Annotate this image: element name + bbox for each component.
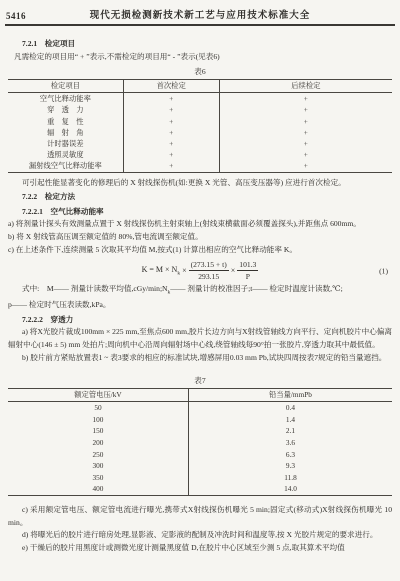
formula-air-kerma: K = M × Nk × (273.15 + t) 293.15 × 101.3… [8,260,392,281]
table6-subsequent: + [219,149,392,160]
penetration-item-c: c) 采用额定管电压、额定管电流进行曝光,携带式X射线探伤机曝光 5 min;固… [8,504,392,529]
table7-pb: 6.3 [188,449,392,461]
penetration-item-a: a) 将X光胶片裁成100mm × 225 mm,至焦点600 mm,胶片长边方… [8,326,392,351]
fraction-denominator: 293.15 [189,271,229,281]
table7: 额定管电压/kV 铅当量/mmPb 500.4 1001.4 1502.1 20… [8,388,392,496]
table7-kv: 200 [8,437,188,449]
table6-first: + [123,160,219,172]
table6-first: + [123,149,219,160]
table7-header-row: 额定管电压/kV 铅当量/mmPb [8,389,392,402]
formula-where-line2: p—— 检定时气压表读数,kPa。 [8,299,392,312]
table7-kv: 150 [8,425,188,437]
section-7-2-2-1-heading: 7.2.2.1 空气比释动能率 [22,206,392,219]
table6-col-first: 首次检定 [123,80,219,93]
table6-col-subsequent: 后续检定 [219,80,392,93]
table7-row: 2003.6 [8,437,392,449]
table6-item: 重 复 性 [8,116,123,127]
formula-subscript: k [177,270,180,276]
table6-first: + [123,138,219,149]
table6-col-item: 检定项目 [8,80,123,93]
table6-subsequent: + [219,104,392,115]
table6-row: 计时器误差++ [8,138,392,149]
formula-times-2: × [231,266,236,275]
formula-body: K = M × Nk × (273.15 + t) 293.15 × 101.3… [142,260,259,281]
table6: 检定项目 首次检定 后续检定 空气比释动能率++ 穿 透 力++ 重 复 性++… [8,79,392,172]
table6-item: 辐 射 角 [8,127,123,138]
table6-first: + [123,127,219,138]
table6-row: 空气比释动能率++ [8,93,392,105]
table7-col-voltage: 额定管电压/kV [8,389,188,402]
table7-row: 500.4 [8,402,392,414]
formula-times-1: × [182,266,187,275]
table6-item: 透照灵敏度 [8,149,123,160]
penetration-item-e: e) 干燥后的胶片用黑度计或测微光度计测量黑度值 D,在胶片中心区域至少测 5 … [8,542,392,555]
table7-row: 1001.4 [8,414,392,426]
table6-header-row: 检定项目 首次检定 后续检定 [8,80,392,93]
table7-row: 40014.0 [8,483,392,495]
spacer [8,496,392,504]
formula-prefix: K = M × Nk [142,265,180,277]
fraction-numerator: (273.15 + t) [189,260,229,271]
table7-pb: 14.0 [188,483,392,495]
table6-row: 辐 射 角++ [8,127,392,138]
table7-kv: 50 [8,402,188,414]
book-page: 5416 现代无损检测新技术新工艺与应用技术标准大全 7.2.1 检定项目 凡需… [0,0,400,581]
table7-pb: 1.4 [188,414,392,426]
table6-first: + [123,116,219,127]
table7-pb: 2.1 [188,425,392,437]
formula-fraction-temperature: (273.15 + t) 293.15 [189,260,229,281]
table6-subsequent: + [219,160,392,172]
page-header: 5416 现代无损检测新技术新工艺与应用技术标准大全 [0,0,400,24]
table7-kv: 400 [8,483,188,495]
table6-subsequent: + [219,138,392,149]
table7-row: 2506.3 [8,449,392,461]
table6-item: 计时器误差 [8,138,123,149]
table7-pb: 0.4 [188,402,392,414]
table6-first: + [123,104,219,115]
penetration-item-d: d) 将曝光后的胶片进行暗房处理,显影液、定影液的配制及冲洗时间和温度等,按 X… [8,529,392,542]
formula-where-line1: 式中: M—— 剂量计读数平均值,cGy/min;Nk—— 剂量计的校准因子;t… [8,283,392,299]
table6-first: + [123,93,219,105]
penetration-item-b: b) 胶片前方紧贴放置表1 ~ 表3要求的相应的标准试块,增感屏用0.03 mm… [8,352,392,365]
table6-caption: 表6 [8,66,392,77]
kerma-item-c: c) 在上述条件下,连续测量 5 次取其平均值 M,按式(1) 计算出相应的空气… [8,244,392,257]
table7-row: 3009.3 [8,460,392,472]
table7-pb: 3.6 [188,437,392,449]
section-7-2-2-2-heading: 7.2.2.2 穿透力 [22,314,392,327]
equation-number: (1) [379,266,388,275]
table6-subsequent: + [219,127,392,138]
table6-subsequent: + [219,116,392,127]
table7-caption: 表7 [8,375,392,386]
table7-row: 1502.1 [8,425,392,437]
book-title: 现代无损检测新技术新工艺与应用技术标准大全 [66,7,334,21]
kerma-item-b: b) 将 X 射线管高压调至额定值的 80%,管电流调至额定值。 [8,231,392,244]
table7-col-lead: 铅当量/mmPb [188,389,392,402]
table7-kv: 300 [8,460,188,472]
page-number: 5416 [6,11,66,21]
table6-row: 透照灵敏度++ [8,149,392,160]
table6-row: 漏射线空气比释动能率++ [8,160,392,172]
table7-kv: 250 [8,449,188,461]
table6-subsequent: + [219,93,392,105]
table6-row: 穿 透 力++ [8,104,392,115]
section-7-2-1-intro: 凡需检定的项目用“ + ”表示,不需检定的项目用“ - ”表示(见表6) [14,51,392,64]
kerma-item-a: a) 将剂量计探头有效测量点置于 X 射线探伤机主射束轴上(射线束横截面必须覆盖… [8,218,392,231]
table6-item: 漏射线空气比释动能率 [8,160,123,172]
fraction-numerator: 101.3 [237,260,258,271]
para-repair-note: 可引起性能显著变化的修理后的 X 射线探伤机(如:更换 X 光管、高压变压器等)… [8,177,392,190]
section-7-2-1-heading: 7.2.1 检定项目 [22,38,392,51]
table7-kv: 350 [8,472,188,484]
spacer [8,364,392,372]
table7-kv: 100 [8,414,188,426]
page-body: 7.2.1 检定项目 凡需检定的项目用“ + ”表示,不需检定的项目用“ - ”… [0,26,400,554]
table7-pb: 9.3 [188,460,392,472]
table6-item: 穿 透 力 [8,104,123,115]
formula-fraction-pressure: 101.3 P [237,260,258,281]
table7-pb: 11.8 [188,472,392,484]
fraction-denominator: P [237,271,258,281]
section-7-2-2-heading: 7.2.2 检定方法 [22,191,392,204]
table6-row: 重 复 性++ [8,116,392,127]
table7-row: 35011.8 [8,472,392,484]
table6-item: 空气比释动能率 [8,93,123,105]
